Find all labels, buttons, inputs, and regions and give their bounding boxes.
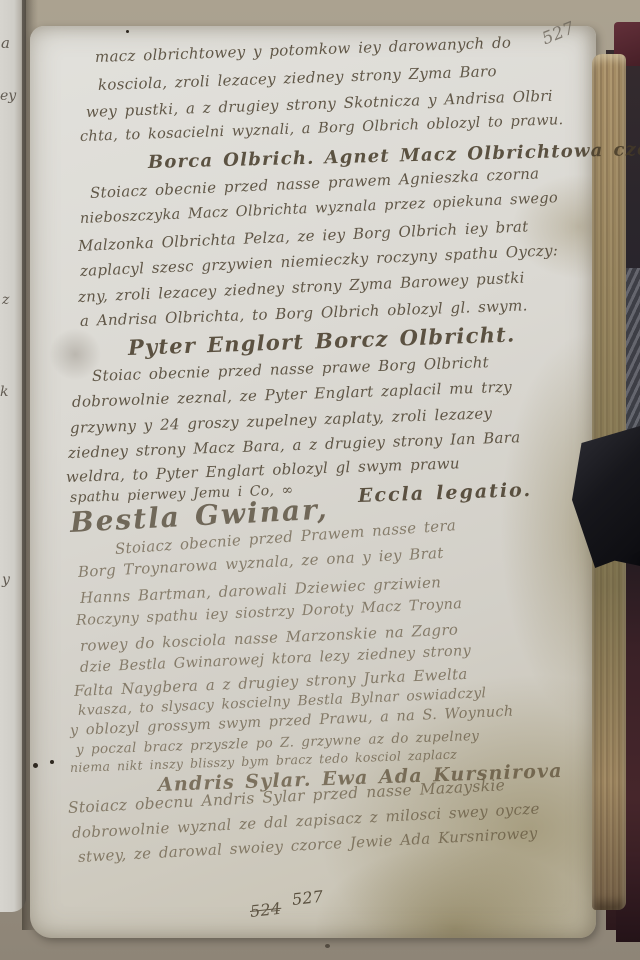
folio-number-bottom-new: 527 bbox=[291, 887, 324, 909]
folio-number-bottom-old: 524 bbox=[249, 899, 282, 921]
margin-glyph: z bbox=[2, 292, 9, 308]
margin-glyph: a bbox=[1, 34, 10, 52]
margin-glyph: ey bbox=[0, 88, 16, 104]
margin-glyph: y bbox=[2, 572, 10, 588]
margin-glyph: k bbox=[0, 384, 8, 400]
manuscript-photo: a ey z k y 527 macz olbrichtowey y potom… bbox=[0, 0, 640, 960]
ink-speck bbox=[33, 763, 38, 768]
ink-speck bbox=[126, 30, 129, 33]
ink-speck bbox=[325, 944, 330, 948]
ink-speck bbox=[50, 760, 54, 764]
